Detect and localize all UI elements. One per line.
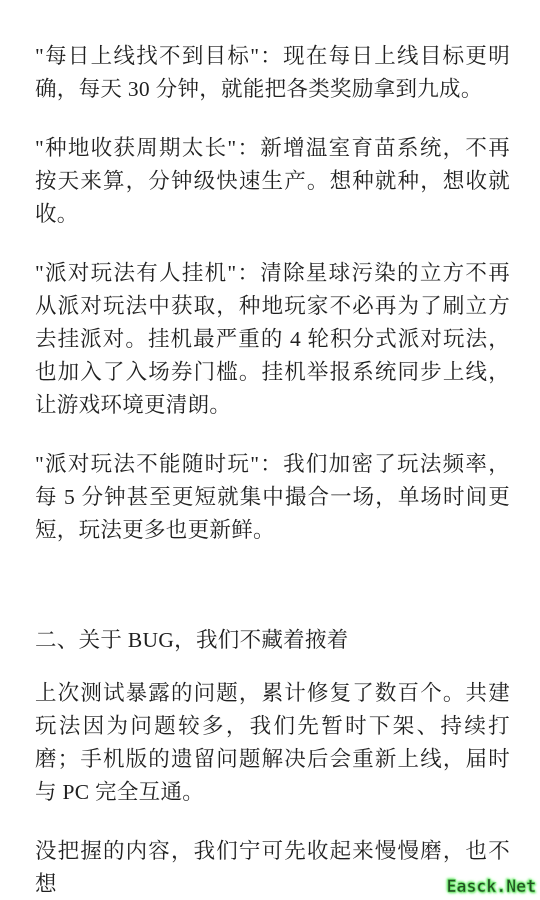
paragraph-daily-goal: "每日上线找不到目标"：现在每日上线目标更明确，每天 30 分钟，就能把各类奖励… <box>35 40 510 106</box>
paragraph-farming-cycle: "种地收获周期太长"：新增温室育苗系统，不再按天来算，分钟级快速生产。想种就种，… <box>35 132 510 231</box>
easck-watermark: Easck.Net <box>447 877 536 896</box>
paragraph-unfinished-content: 没把握的内容，我们宁可先收起来慢慢磨，也不想 <box>35 835 510 900</box>
paragraph-party-afk: "派对玩法有人挂机"：清除星球污染的立方不再从派对玩法中获取，种地玩家不必再为了… <box>35 257 510 422</box>
article-body: "每日上线找不到目标"：现在每日上线目标更明确，每天 30 分钟，就能把各类奖励… <box>0 0 540 900</box>
paragraph-bug-fixes: 上次测试暴露的问题，累计修复了数百个。共建玩法因为问题较多，我们先暂时下架、持续… <box>35 677 510 809</box>
paragraph-party-frequency: "派对玩法不能随时玩"：我们加密了玩法频率，每 5 分钟甚至更短就集中撮合一场，… <box>35 448 510 547</box>
section-heading-bug: 二、关于 BUG，我们不藏着掖着 <box>35 624 510 657</box>
